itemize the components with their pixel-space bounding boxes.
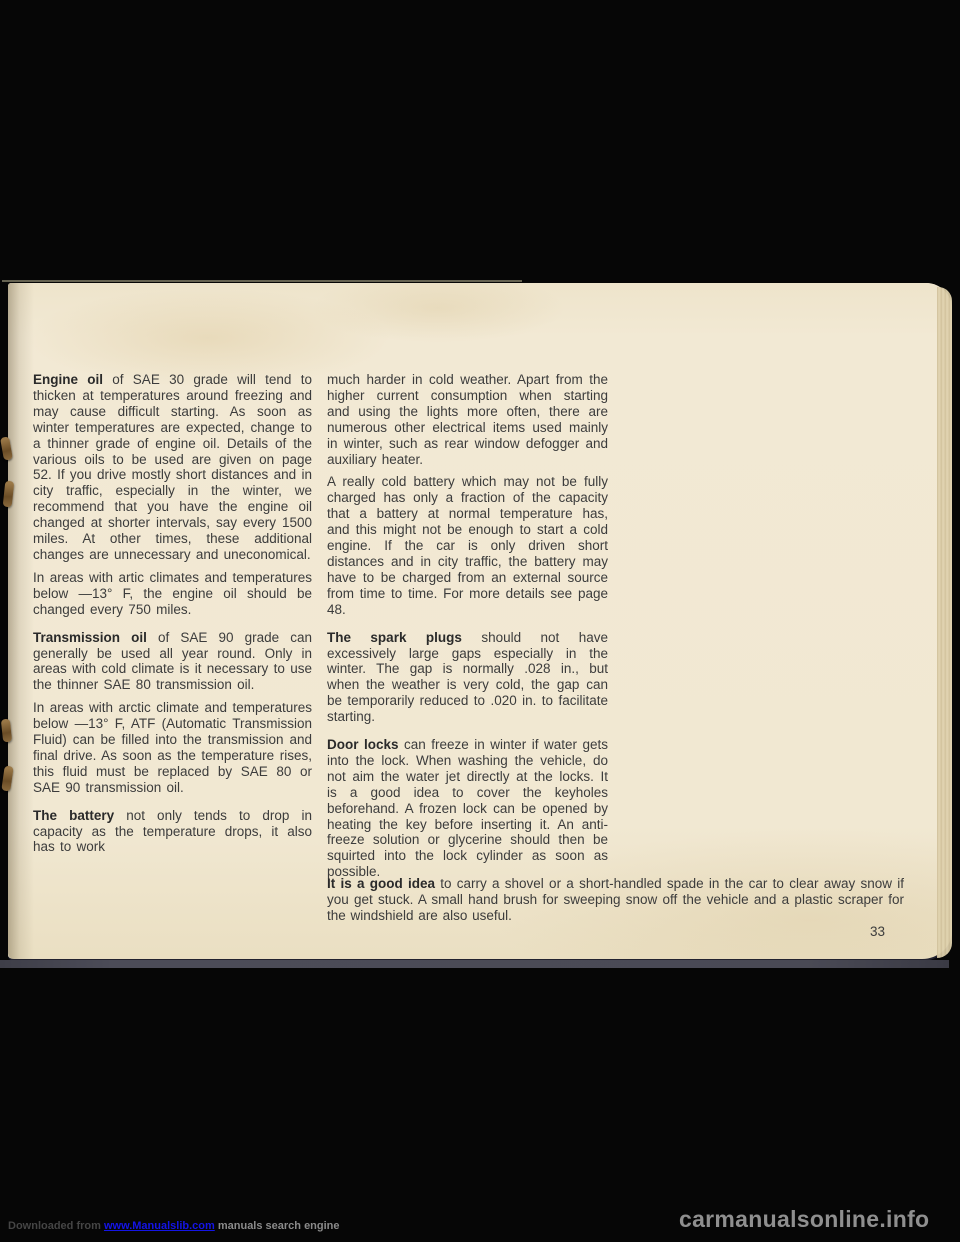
- background-page-edge-line: [2, 280, 522, 282]
- paragraph-good-idea: It is a good idea to carry a shovel or a…: [327, 876, 904, 924]
- paragraph-battery-lead: The battery: [33, 808, 114, 823]
- scanned-manual-view: Engine oil of SAE 30 grade will tend to …: [0, 0, 960, 1242]
- paragraph-spark-plugs-lead: The spark plugs: [327, 630, 462, 645]
- page-fore-edge: [937, 287, 952, 958]
- paragraph-door-locks-lead: Door locks: [327, 737, 399, 752]
- paragraph-spark-plugs: The spark plugs should not have excessiv…: [327, 630, 608, 725]
- paragraph-good-idea-lead: It is a good idea: [327, 876, 435, 891]
- paragraph-battery-continued: much harder in cold weather. Apart from …: [327, 372, 608, 467]
- paragraph-arctic-atf-text: In areas with arctic climate and tempera…: [33, 700, 312, 795]
- right-text-column: much harder in cold weather. Apart from …: [327, 372, 608, 887]
- page-number: 33: [870, 924, 885, 939]
- paragraph-door-locks: Door locks can freeze in winter if water…: [327, 737, 608, 880]
- paragraph-engine-oil-text: of SAE 30 grade will tend to thicken at …: [33, 372, 312, 562]
- watermark-manualslib: Downloaded from www.Manualslib.com manua…: [8, 1220, 340, 1232]
- watermark-manualslib-suffix: manuals search engine: [215, 1220, 340, 1232]
- paragraph-battery-continued-text: much harder in cold weather. Apart from …: [327, 372, 608, 467]
- watermark-carmanualsonline: carmanualsonline.info: [679, 1206, 929, 1233]
- paragraph-engine-oil-lead: Engine oil: [33, 372, 103, 387]
- book-cover-edge: [0, 960, 949, 968]
- paragraph-arctic-engine-oil-text: In areas with artic climates and tempera…: [33, 570, 312, 617]
- paragraph-transmission-oil-lead: Transmission oil: [33, 630, 147, 645]
- page-gutter-shadow: [8, 283, 34, 959]
- paragraph-cold-battery-text: A really cold battery which may not be f…: [327, 474, 608, 616]
- paragraph-arctic-atf: In areas with arctic climate and tempera…: [33, 700, 312, 795]
- paragraph-battery: The battery not only tends to drop in ca…: [33, 808, 312, 856]
- manualslib-link[interactable]: www.Manualslib.com: [104, 1220, 215, 1232]
- paragraph-transmission-oil: Transmission oil of SAE 90 grade can gen…: [33, 630, 312, 694]
- watermark-manualslib-prefix: Downloaded from: [8, 1220, 104, 1232]
- left-text-column: Engine oil of SAE 30 grade will tend to …: [33, 372, 312, 862]
- manual-page: Engine oil of SAE 30 grade will tend to …: [8, 283, 952, 961]
- paragraph-engine-oil: Engine oil of SAE 30 grade will tend to …: [33, 372, 312, 563]
- paragraph-cold-battery: A really cold battery which may not be f…: [327, 474, 608, 617]
- paragraph-door-locks-text: can freeze in winter if water gets into …: [327, 737, 608, 879]
- paragraph-arctic-engine-oil: In areas with artic climates and tempera…: [33, 570, 312, 618]
